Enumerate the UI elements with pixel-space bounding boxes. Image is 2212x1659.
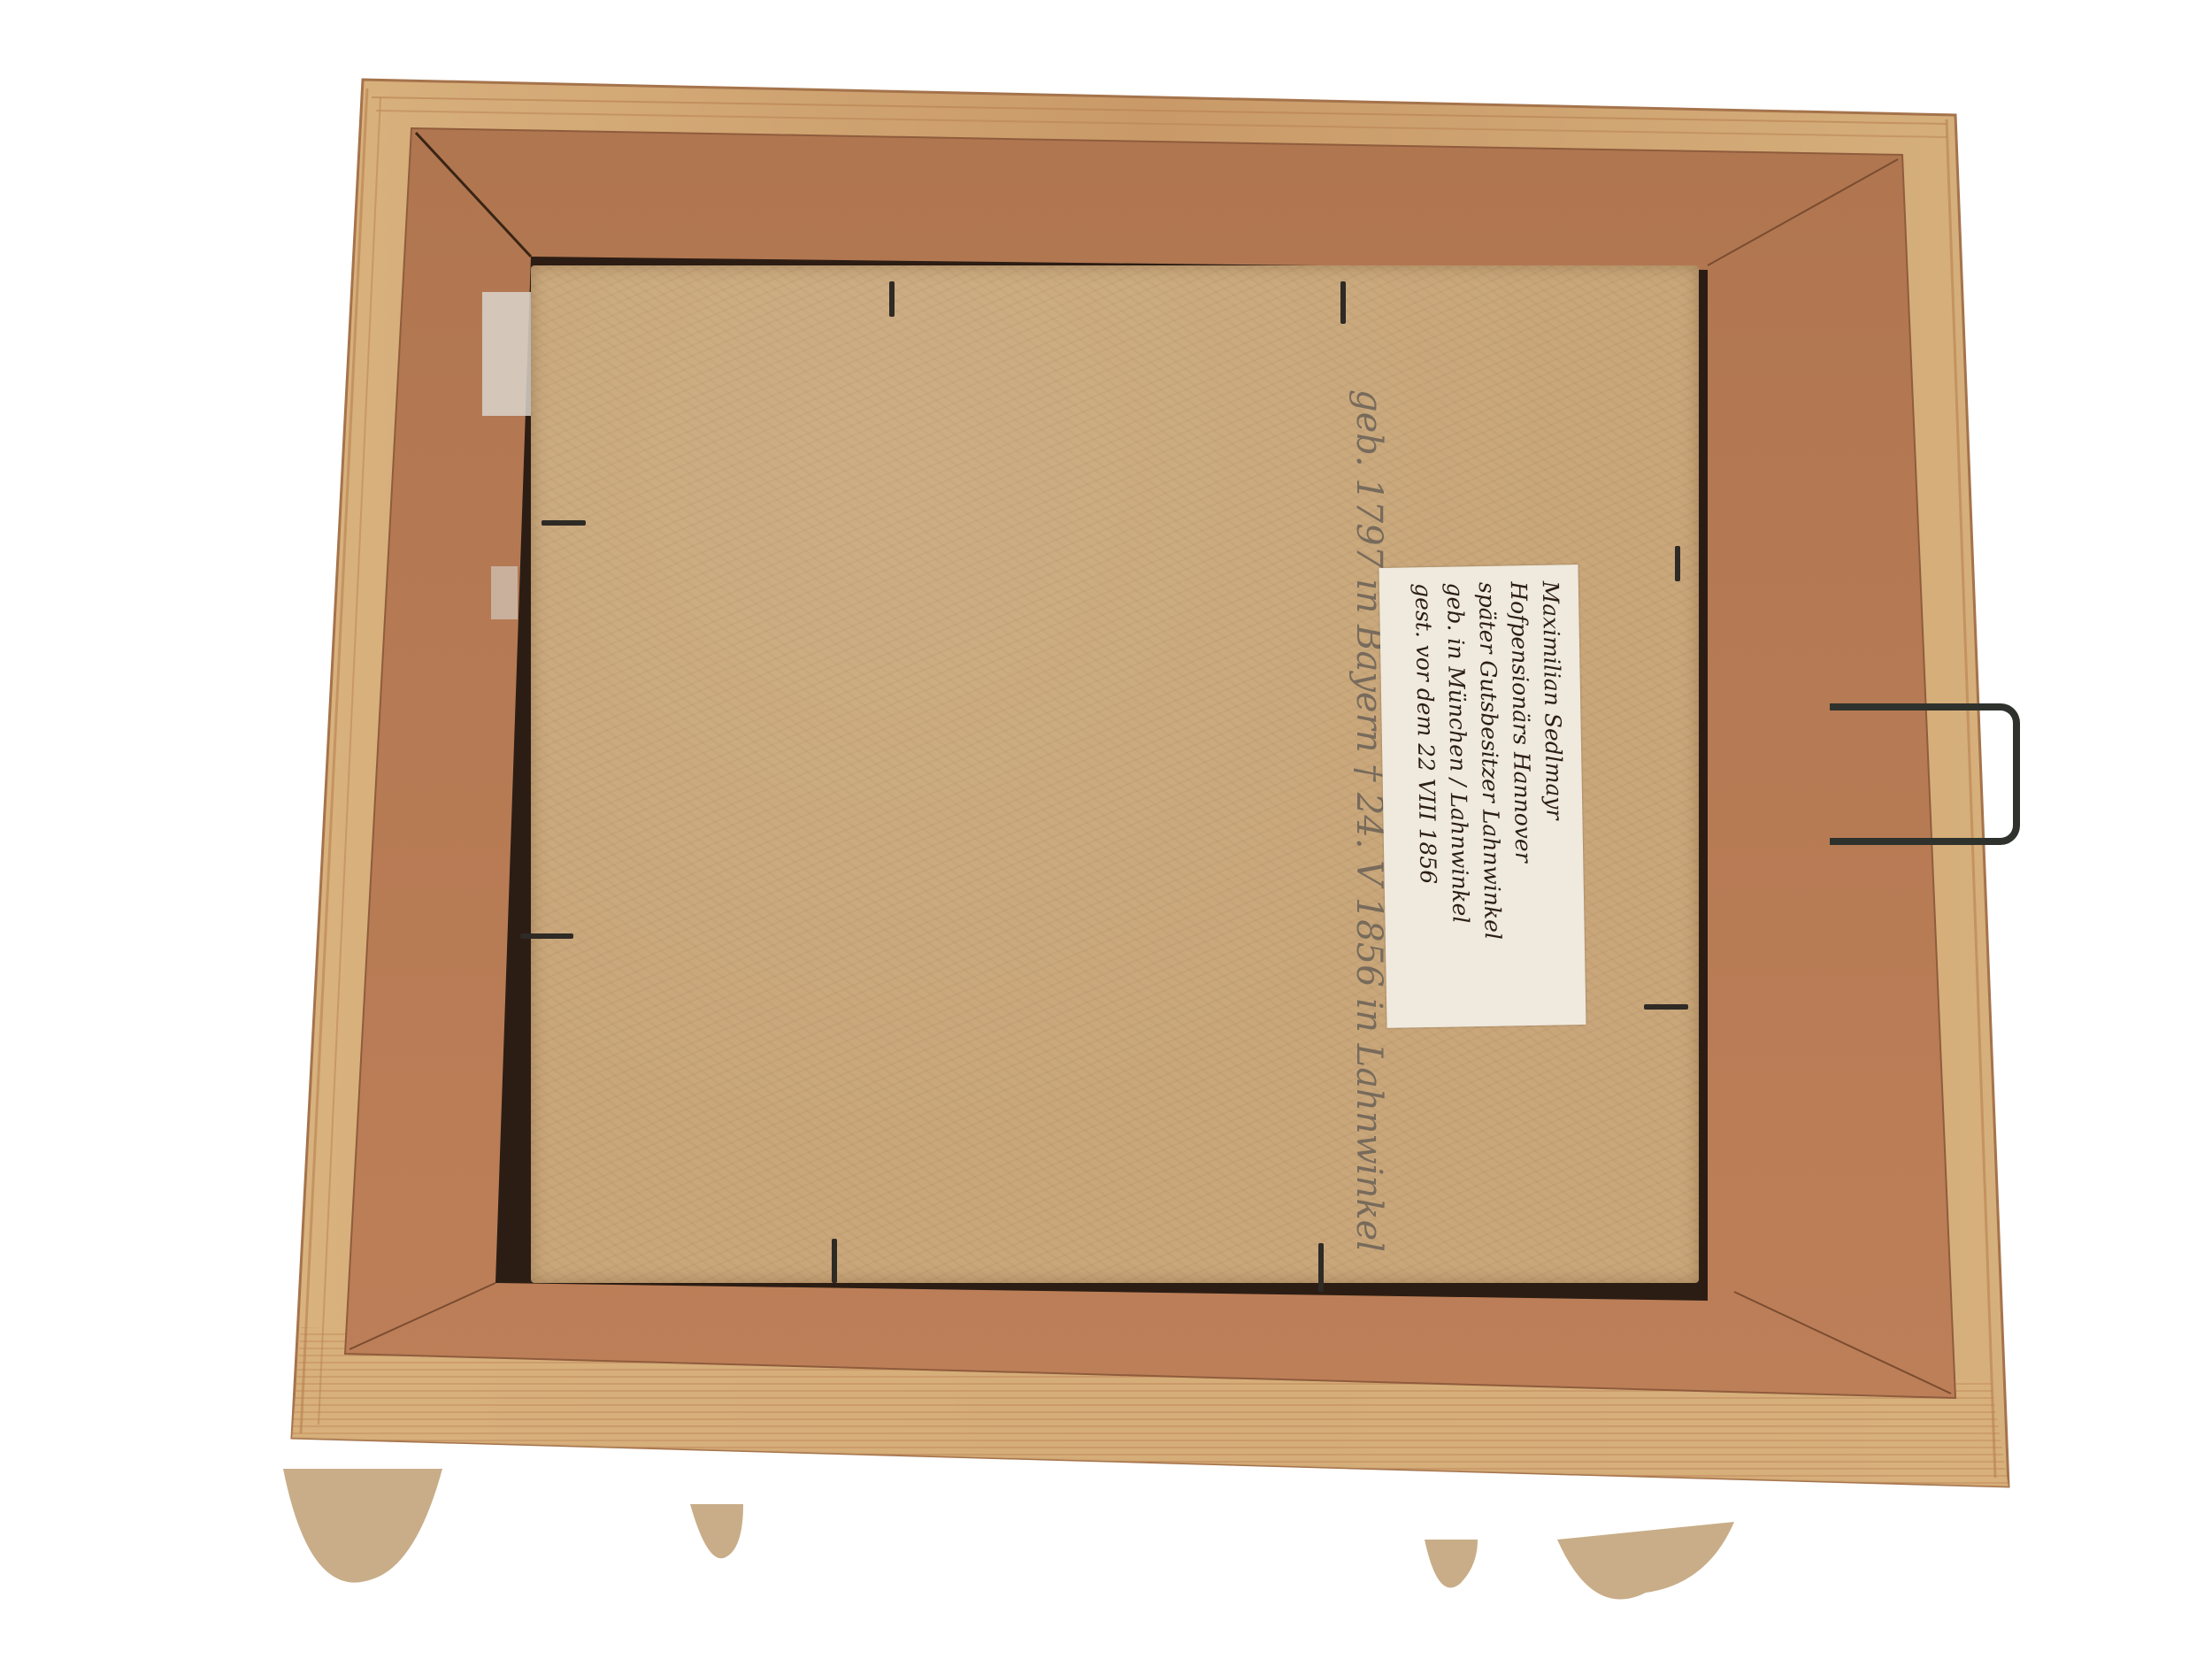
nail-left-upper	[541, 520, 586, 526]
wire-hanger	[1830, 703, 2020, 845]
nail-top-right	[1340, 281, 1346, 324]
nail-left-lower	[520, 933, 573, 939]
nail-bottom-left	[832, 1239, 837, 1283]
label-text: Maximilian Sedlmayr Hofpensionärs Hannov…	[1379, 565, 1586, 1028]
carved-foot-left	[283, 1469, 743, 1583]
nail-top-left	[889, 281, 895, 317]
handwritten-label: Maximilian Sedlmayr Hofpensionärs Hannov…	[1379, 565, 1586, 1028]
nail-right-upper	[1675, 546, 1680, 581]
carved-foot-right	[1425, 1522, 1734, 1600]
nail-right-lower	[1644, 1004, 1688, 1010]
pencil-inscription: geb. 1797 in Bayern † 24. V 1856 in Lahn…	[1283, 389, 1389, 1274]
